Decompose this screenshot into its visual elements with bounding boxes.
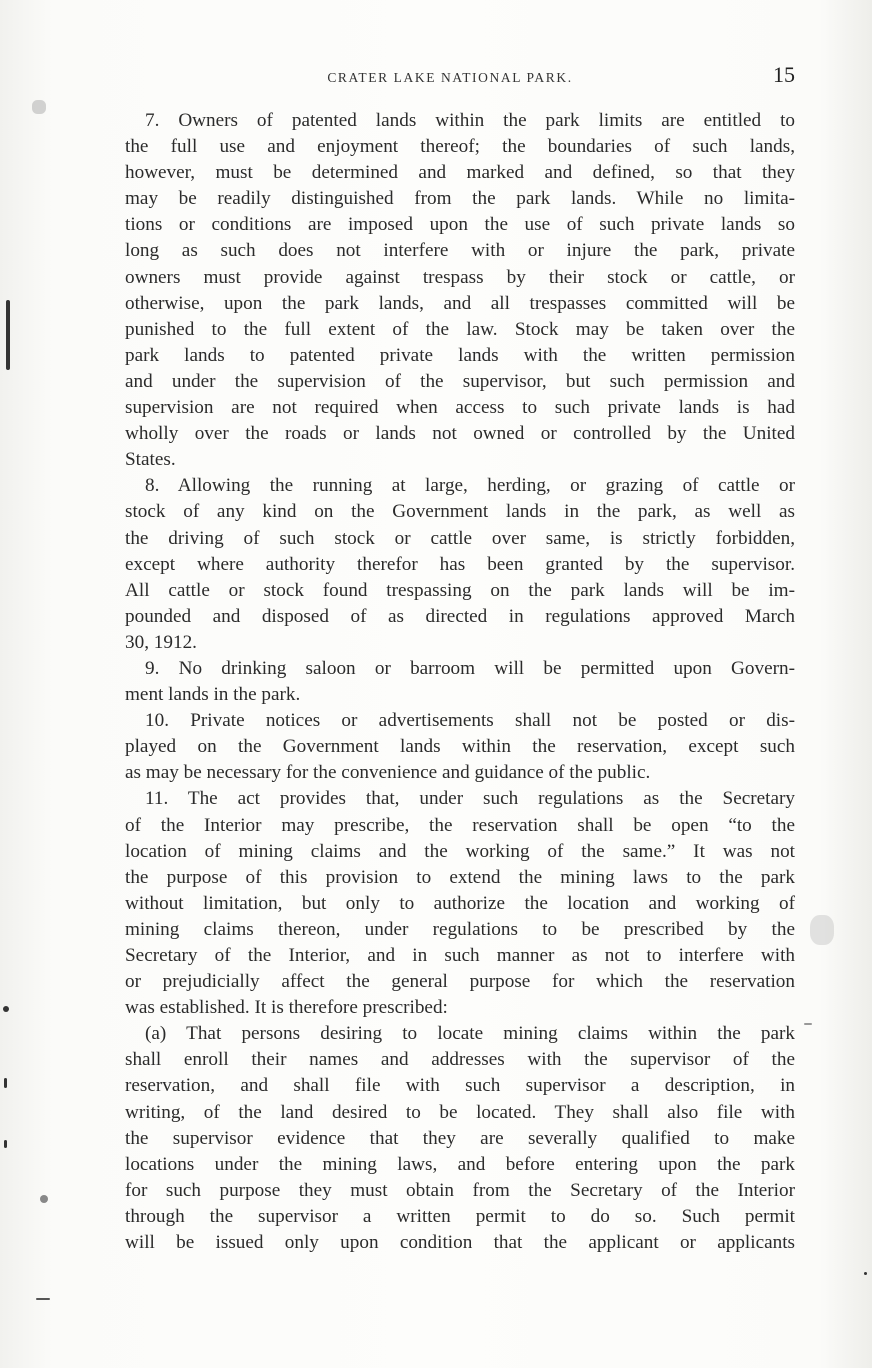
paragraph: 7. Owners of patented lands within the p… bbox=[105, 108, 795, 473]
text-line: shall enroll their names and addresses w… bbox=[105, 1047, 795, 1073]
scan-artifact-left-dot bbox=[3, 1006, 9, 1012]
text-line: for such purpose they must obtain from t… bbox=[105, 1178, 795, 1204]
text-line: 10. Private notices or advertisements sh… bbox=[105, 708, 795, 734]
scanned-page: CRATER LAKE NATIONAL PARK. 15 7. Owners … bbox=[0, 0, 872, 1368]
text-line: stock of any kind on the Government land… bbox=[105, 499, 795, 525]
text-line: 7. Owners of patented lands within the p… bbox=[105, 108, 795, 134]
text-line: or prejudicially affect the general purp… bbox=[105, 969, 795, 995]
text-line: All cattle or stock found trespassing on… bbox=[105, 578, 795, 604]
text-line: 9. No drinking saloon or barroom will be… bbox=[105, 656, 795, 682]
text-line: however, must be determined and marked a… bbox=[105, 160, 795, 186]
text-line: Secretary of the Interior, and in such m… bbox=[105, 943, 795, 969]
text-line: locations under the mining laws, and bef… bbox=[105, 1152, 795, 1178]
text-line: mining claims thereon, under regulations… bbox=[105, 917, 795, 943]
paragraph: 10. Private notices or advertisements sh… bbox=[105, 708, 795, 786]
text-line: 8. Allowing the running at large, herdin… bbox=[105, 473, 795, 499]
paragraph: (a) That persons desiring to locate mini… bbox=[105, 1021, 795, 1256]
text-line: park lands to patented private lands wit… bbox=[105, 343, 795, 369]
text-line: the full use and enjoyment thereof; the … bbox=[105, 134, 795, 160]
text-line: tions or conditions are imposed upon the… bbox=[105, 212, 795, 238]
scan-artifact-bottom-right bbox=[864, 1272, 867, 1275]
text-line: 11. The act provides that, under such re… bbox=[105, 786, 795, 812]
page-number: 15 bbox=[773, 62, 795, 88]
text-line: wholly over the roads or lands not owned… bbox=[105, 421, 795, 447]
page-header: CRATER LAKE NATIONAL PARK. 15 bbox=[105, 62, 795, 92]
text-line: otherwise, upon the park lands, and all … bbox=[105, 291, 795, 317]
text-line: was established. It is therefore prescri… bbox=[105, 995, 795, 1021]
scan-artifact-left-bar bbox=[6, 300, 10, 370]
text-line: through the supervisor a written permit … bbox=[105, 1204, 795, 1230]
scan-artifact-right bbox=[810, 915, 834, 945]
running-title: CRATER LAKE NATIONAL PARK. bbox=[105, 70, 795, 86]
body-text: 7. Owners of patented lands within the p… bbox=[105, 108, 795, 1256]
scan-artifact-right-dash bbox=[804, 1023, 812, 1025]
text-line: may be readily distinguished from the pa… bbox=[105, 186, 795, 212]
text-line: played on the Government lands within th… bbox=[105, 734, 795, 760]
text-line: 30, 1912. bbox=[105, 630, 795, 656]
text-line: except where authority therefor has been… bbox=[105, 552, 795, 578]
text-line: ment lands in the park. bbox=[105, 682, 795, 708]
paragraph: 11. The act provides that, under such re… bbox=[105, 786, 795, 1021]
text-line: location of mining claims and the workin… bbox=[105, 839, 795, 865]
text-line: without limitation, but only to authoriz… bbox=[105, 891, 795, 917]
text-line: will be issued only upon condition that … bbox=[105, 1230, 795, 1256]
text-line: as may be necessary for the convenience … bbox=[105, 760, 795, 786]
text-line: owners must provide against trespass by … bbox=[105, 265, 795, 291]
text-line: supervision are not required when access… bbox=[105, 395, 795, 421]
text-line: pounded and disposed of as directed in r… bbox=[105, 604, 795, 630]
text-line: the driving of such stock or cattle over… bbox=[105, 526, 795, 552]
scan-artifact-left-mark bbox=[4, 1078, 7, 1088]
text-line: the supervisor evidence that they are se… bbox=[105, 1126, 795, 1152]
text-line: reservation, and shall file with such su… bbox=[105, 1073, 795, 1099]
text-line: (a) That persons desiring to locate mini… bbox=[105, 1021, 795, 1047]
scan-artifact-speck bbox=[40, 1195, 48, 1203]
text-line: the purpose of this provision to extend … bbox=[105, 865, 795, 891]
scan-artifact-left-mark-2 bbox=[4, 1140, 7, 1148]
text-line: of the Interior may prescribe, the reser… bbox=[105, 813, 795, 839]
text-line: punished to the full extent of the law. … bbox=[105, 317, 795, 343]
scan-artifact-bottom bbox=[36, 1298, 50, 1300]
scan-artifact-top-left bbox=[32, 100, 46, 114]
paragraph: 9. No drinking saloon or barroom will be… bbox=[105, 656, 795, 708]
text-line: long as such does not interfere with or … bbox=[105, 238, 795, 264]
text-line: writing, of the land desired to be locat… bbox=[105, 1100, 795, 1126]
text-line: and under the supervision of the supervi… bbox=[105, 369, 795, 395]
paragraph: 8. Allowing the running at large, herdin… bbox=[105, 473, 795, 656]
text-line: States. bbox=[105, 447, 795, 473]
